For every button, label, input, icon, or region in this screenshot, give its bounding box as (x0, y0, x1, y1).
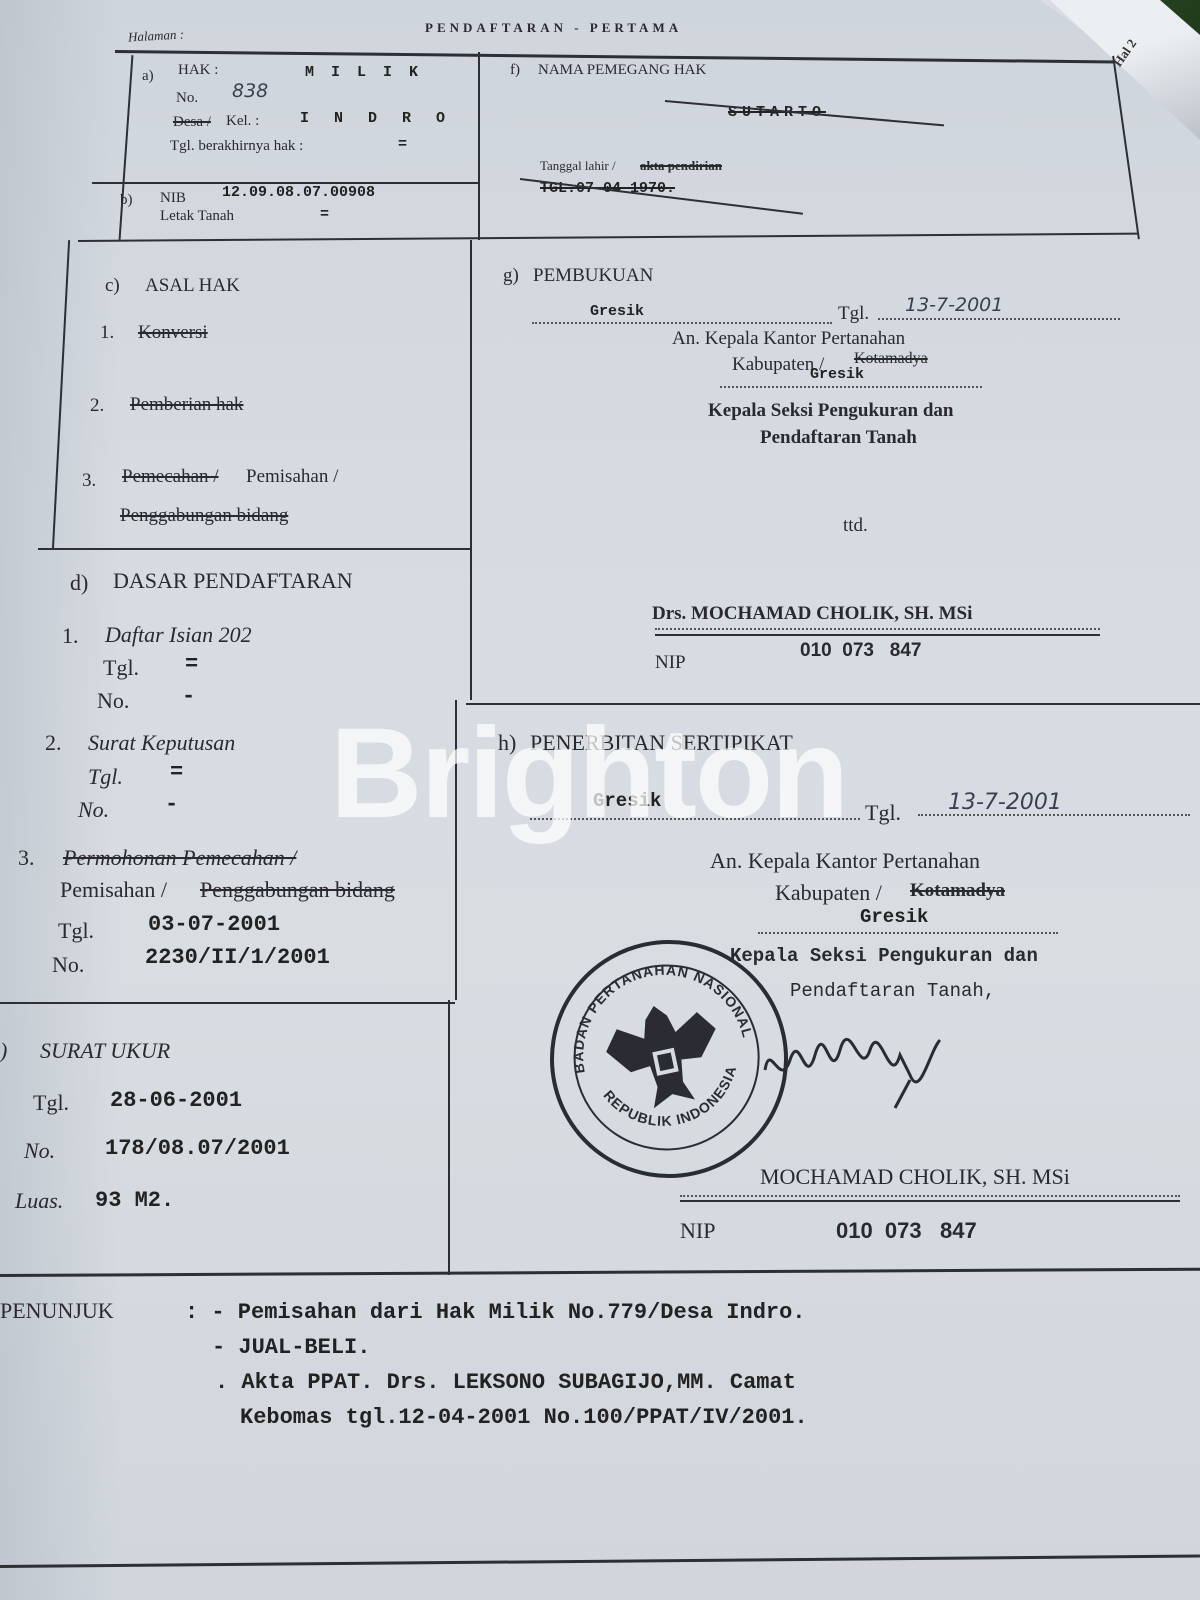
dotted-line (758, 932, 1058, 934)
asal-hak-pemisahan: Pemisahan / (246, 466, 338, 488)
letak-tanah-value: = (320, 206, 329, 223)
pembukuan-kotamadya: Kotamadya (854, 350, 928, 368)
pembukuan-seksi-line1: Kepala Seksi Pengukuran dan (708, 400, 954, 422)
hak-value: M I L I K (305, 64, 422, 81)
penerbitan-nip-label: NIP (680, 1218, 715, 1244)
divider-e-h (448, 1000, 450, 1275)
pembukuan-place: Gresik (590, 303, 644, 320)
daftar-isian-title: Daftar Isian 202 (105, 622, 252, 648)
divider-c-d (38, 548, 470, 550)
divider-d-e (0, 1002, 455, 1004)
desa-label: Desa / (173, 114, 211, 131)
penerbitan-official-name: MOCHAMAD CHOLIK, SH. MSi (760, 1164, 1070, 1190)
dotted-line (532, 322, 832, 324)
section-d-label: d) (70, 570, 88, 596)
pembukuan-an-line: An. Kepala Kantor Pertanahan (672, 328, 905, 350)
tgl-lahir-label: Tanggal lahir / (540, 158, 616, 174)
penerbitan-tgl-label: Tgl. (865, 800, 901, 826)
penerbitan-seksi-line2: Pendaftaran Tanah, (790, 980, 995, 1002)
penunjuk-label: PENUNJUK (0, 1298, 114, 1324)
divider-ab-f (478, 52, 480, 240)
asal-hak-item-num: 3. (82, 470, 96, 492)
section-g-label: g) (503, 265, 519, 287)
nib-label: NIB (160, 190, 186, 207)
section-e-label: ) (0, 1038, 7, 1064)
dotted-line (720, 386, 982, 388)
penerbitan-kab-line: Kabupaten / (775, 880, 882, 906)
daftar-isian-no-value: - (182, 684, 195, 709)
surat-keputusan-title: Surat Keputusan (88, 730, 235, 756)
akta-pendirian-label: akta pendirian (640, 158, 722, 174)
pembukuan-kab-value: Gresik (810, 366, 864, 383)
divider-c-g (470, 240, 472, 700)
pemisahan-tgl-label: Tgl. (58, 918, 94, 944)
dotted-line (680, 1195, 1180, 1197)
kel-value: I N D R O (300, 110, 453, 127)
surat-keputusan-no-label: No. (78, 797, 109, 823)
nama-pemegang-hak-label: NAMA PEMEGANG HAK (538, 62, 706, 79)
asal-hak-penggabungan: Penggabungan bidang (120, 505, 288, 527)
pembukuan-official-name: Drs. MOCHAMAD CHOLIK, SH. MSi (652, 603, 972, 625)
luas-label: Luas. (15, 1188, 63, 1214)
letak-tanah-label: Letak Tanah (160, 208, 234, 225)
daftar-isian-no-label: No. (97, 688, 129, 714)
dotted-line (918, 814, 1190, 816)
asal-hak-item-num: 2. (90, 395, 104, 417)
dotted-line (878, 318, 1120, 320)
pemisahan-label: Pemisahan / (60, 877, 167, 903)
no-label: No. (176, 90, 198, 107)
pembukuan-nip-value: 010 073 847 (800, 640, 922, 662)
penerbitan-kotamadya: Kotamadya (910, 880, 1005, 902)
pembukuan-tgl-value: 13-7-2001 (905, 294, 1003, 316)
penunjuk-line: Kebomas tgl.12-04-2001 No.100/PPAT/IV/20… (240, 1405, 808, 1430)
surat-ukur-no-value: 178/08.07/2001 (105, 1136, 290, 1161)
asal-hak-title: ASAL HAK (145, 275, 240, 297)
pembukuan-tgl-label: Tgl. (838, 303, 869, 325)
surat-ukur-no-label: No. (24, 1138, 55, 1164)
pemisahan-tgl-value: 03-07-2001 (148, 912, 280, 937)
signature-line (680, 1200, 1180, 1202)
signature-line (655, 634, 1100, 636)
dasar-pendaftaran-title: DASAR PENDAFTARAN (113, 568, 353, 594)
surat-ukur-tgl-value: 28-06-2001 (110, 1088, 242, 1113)
penerbitan-seksi-line1: Kepala Seksi Pengukuran dan (730, 945, 1038, 967)
section-a-label: a) (142, 68, 154, 85)
surat-ukur-tgl-label: Tgl. (33, 1090, 69, 1116)
daftar-isian-tgl-label: Tgl. (103, 655, 139, 681)
penerbitan-an-line: An. Kepala Kantor Pertanahan (710, 848, 980, 874)
section-c-label: c) (105, 275, 120, 297)
hak-label: HAK : (178, 62, 218, 79)
asal-hak-item-num: 1. (100, 322, 114, 344)
pembukuan-seksi-line2: Pendaftaran Tanah (760, 427, 917, 449)
dasar-item-num: 3. (18, 845, 35, 871)
penerbitan-nip-value: 010 073 847 (836, 1218, 977, 1244)
halaman-label: Halaman : (128, 27, 185, 46)
pembukuan-title: PEMBUKUAN (533, 265, 653, 287)
section-f-label: f) (510, 62, 520, 79)
pemisahan-no-value: 2230/II/1/2001 (145, 945, 330, 970)
penerbitan-kab-value: Gresik (860, 906, 928, 928)
asal-hak-konversi: Konversi (138, 322, 208, 344)
dasar-item-num: 2. (45, 730, 62, 756)
surat-keputusan-tgl-label: Tgl. (88, 764, 123, 790)
permohonan-pemecahan: Permohonan Pemecahan / (63, 845, 296, 871)
penunjuk-line: : - Pemisahan dari Hak Milik No.779/Desa… (185, 1300, 806, 1325)
surat-keputusan-tgl-value: = (170, 760, 183, 785)
ttd-label: ttd. (843, 515, 868, 537)
penunjuk-line: . Akta PPAT. Drs. LEKSONO SUBAGIJO,MM. C… (215, 1370, 796, 1395)
pemisahan-no-label: No. (52, 952, 84, 978)
garuda-emblem-icon: BADAN PERTANAHAN NASIONAL REPUBLIK INDON… (533, 924, 796, 1187)
page-title: PENDAFTARAN - PERTAMA (425, 20, 682, 36)
tgl-berakhir-value: = (398, 136, 407, 153)
no-value: 838 (232, 80, 268, 102)
tgl-berakhir-label: Tgl. berakhirnya hak : (170, 138, 303, 155)
asal-hak-pemberian: Pemberian hak (130, 394, 243, 416)
daftar-isian-tgl-value: = (185, 652, 198, 677)
penerbitan-tgl-value: 13-7-2001 (948, 790, 1062, 815)
luas-value: 93 M2. (95, 1188, 174, 1213)
signature-icon (760, 1020, 980, 1110)
watermark-logo: Brighton (330, 700, 847, 847)
penggabungan-bidang: Penggabungan bidang (200, 877, 395, 903)
kel-label: Kel. : (226, 113, 259, 130)
dotted-line (655, 628, 1100, 630)
pembukuan-nip-label: NIP (655, 652, 686, 674)
dasar-item-num: 1. (62, 623, 79, 649)
nib-value: 12.09.08.07.00908 (222, 184, 375, 201)
surat-keputusan-no-value: - (165, 792, 178, 817)
section-b-label: b) (120, 192, 133, 209)
penunjuk-line: - JUAL-BELI. (212, 1335, 370, 1360)
asal-hak-pemecahan: Pemecahan / (122, 466, 219, 488)
surat-ukur-title: SURAT UKUR (40, 1038, 170, 1064)
